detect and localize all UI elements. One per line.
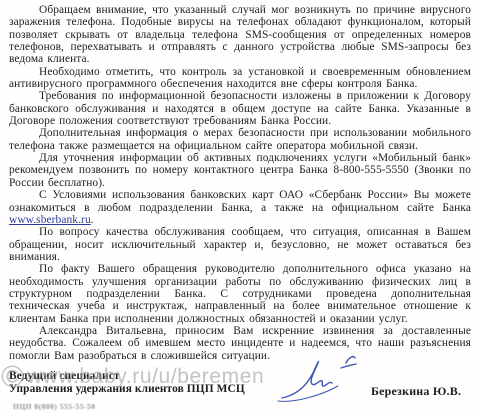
sberbank-link[interactable]: www.sberbank.ru — [9, 214, 91, 226]
letter-body: Обращаем внимание, что указанный случай … — [9, 4, 471, 362]
paragraph-operator-info: Дополнительная информация о мерах безопа… — [9, 127, 471, 152]
paragraph-antivirus-note: Необходимо отметить, что контроль за уст… — [9, 66, 471, 91]
paragraph-text-suffix: . — [91, 214, 94, 226]
paragraph-office-measures: По факту Вашего обращения руководителю д… — [9, 263, 471, 325]
signer-title: Ведущий специалист Управления удержания … — [9, 370, 245, 396]
signer-title-line2: Управления удержания клиентов ПЦП МСЦ — [9, 383, 245, 396]
paragraph-apology: Александра Витальевна, приносим Вам искр… — [9, 325, 471, 362]
signer-title-line1: Ведущий специалист — [9, 370, 245, 383]
paragraph-card-terms: С Условиями использования банковских кар… — [9, 189, 471, 226]
paragraph-virus-warning: Обращаем внимание, что указанный случай … — [9, 4, 471, 66]
paragraph-text: С Условиями использования банковских кар… — [9, 189, 471, 213]
paragraph-service-quality: По вопросу качества обслуживания сообщае… — [9, 226, 471, 263]
signer-name: Березкина Ю.В. — [371, 384, 461, 399]
paragraph-security-requirements: Требования по информационной безопасност… — [9, 90, 471, 127]
handwritten-signature-icon — [276, 350, 376, 406]
footer-faint-text: ПЦП 8(800) 555-55-50 — [13, 402, 96, 411]
paragraph-mobile-bank-phone: Для уточнения информации об активных под… — [9, 152, 471, 189]
